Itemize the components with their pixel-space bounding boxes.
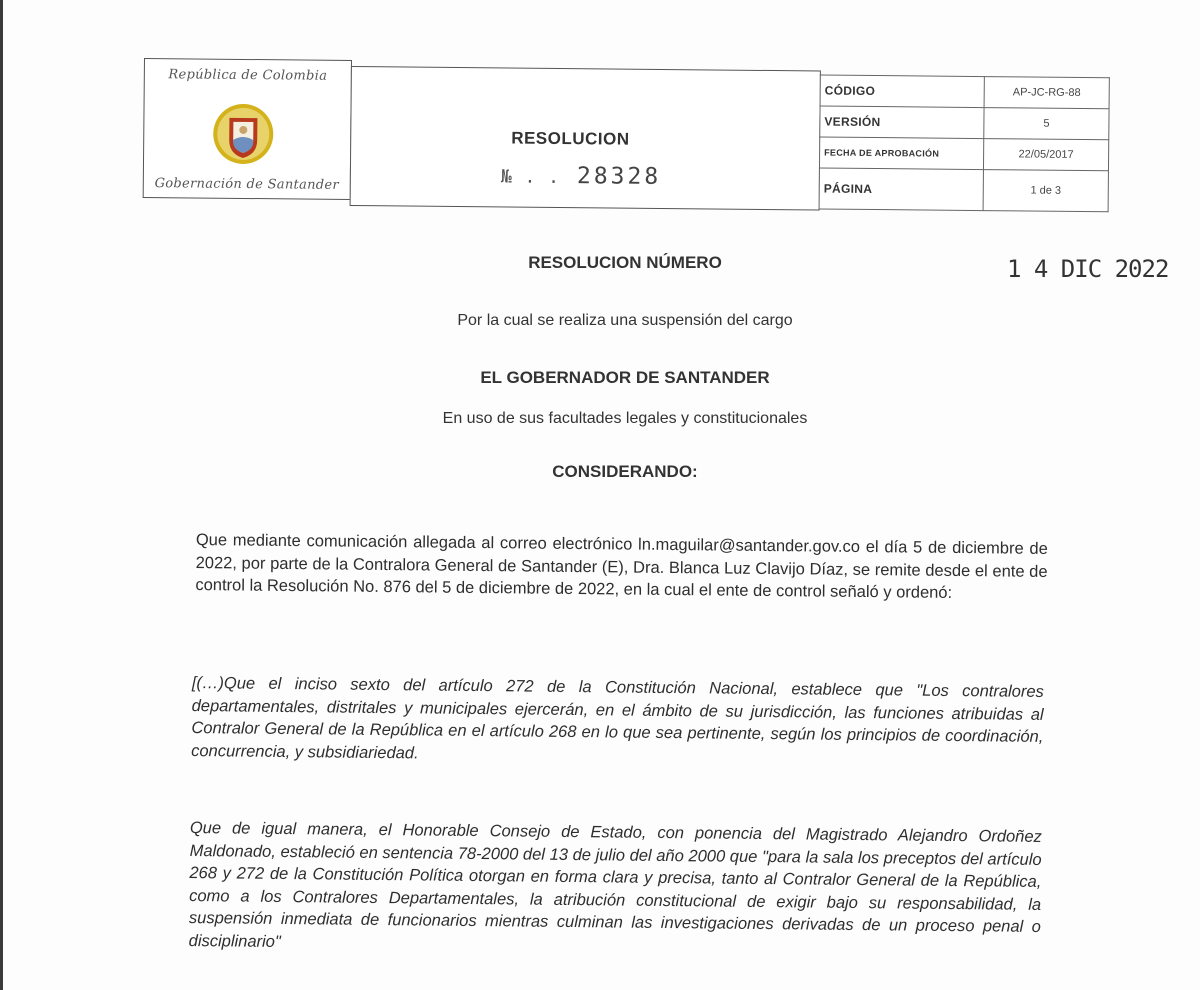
meta-row-approval-date: FECHA DE APROBACIÓN 22/05/2017 — [819, 137, 1108, 171]
logo-cell: República de Colombia Gobernación de San… — [143, 58, 352, 200]
document-page: República de Colombia Gobernación de San… — [0, 0, 1200, 990]
resolution-subject: Por la cual se realiza una suspensión de… — [0, 312, 1200, 330]
quoted-paragraph: [(…)Que el inciso sexto del artículo 272… — [191, 672, 1044, 771]
republic-text: República de Colombia — [145, 67, 351, 84]
meta-value: AP-JC-RG-88 — [984, 77, 1109, 109]
document-header: República de Colombia Gobernación de San… — [143, 58, 1112, 223]
resolution-title: RESOLUCION — [511, 129, 630, 150]
meta-label: FECHA DE APROBACIÓN — [819, 137, 983, 170]
meta-value: 1 de 3 — [983, 170, 1108, 212]
meta-row-version: VERSIÓN 5 — [820, 106, 1109, 140]
considering-heading: CONSIDERANDO: — [0, 462, 1200, 482]
meta-label: PÁGINA — [819, 168, 983, 211]
gobernacion-text: Gobernación de Santander — [144, 176, 350, 193]
paragraph: Que mediante comunicación allegada al co… — [195, 529, 1048, 605]
resolution-number: № . . 28328 — [501, 162, 662, 190]
resolution-cell: RESOLUCION № . . 28328 — [350, 66, 821, 211]
meta-value: 22/05/2017 — [983, 139, 1108, 171]
meta-row-page: PÁGINA 1 de 3 — [819, 168, 1108, 212]
stamped-date: 1 4 DIC 2022 — [1007, 255, 1168, 283]
meta-row-code: CÓDIGO AP-JC-RG-88 — [820, 75, 1109, 109]
meta-label: VERSIÓN — [820, 106, 984, 139]
quoted-paragraph: Que de igual manera, el Honorable Consej… — [189, 817, 1042, 961]
document-meta-table: CÓDIGO AP-JC-RG-88 VERSIÓN 5 FECHA DE AP… — [819, 74, 1110, 212]
meta-label: CÓDIGO — [820, 75, 984, 108]
issuing-authority: EL GOBERNADOR DE SANTANDER — [0, 368, 1200, 388]
legal-powers: En uso de sus facultades legales y const… — [0, 410, 1200, 428]
resolution-number-prefix: № . . — [501, 166, 560, 188]
meta-value: 5 — [984, 108, 1109, 140]
resolution-number-value: 28328 — [577, 163, 661, 190]
coat-of-arms-icon — [211, 102, 276, 167]
